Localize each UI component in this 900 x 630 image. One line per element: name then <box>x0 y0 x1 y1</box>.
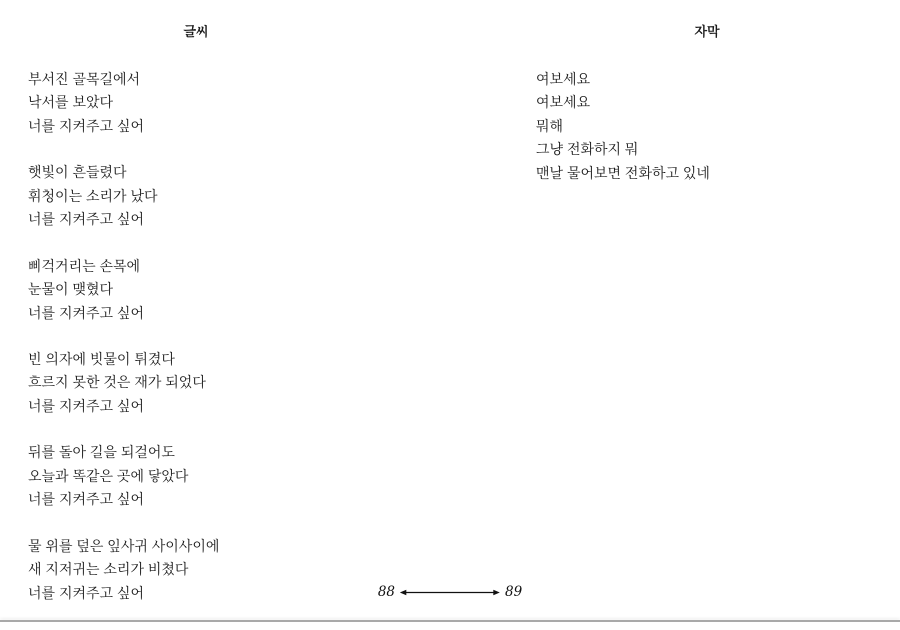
page-number-footer: 88 89 <box>378 584 522 600</box>
text-line: 그냥 전화하지 뭐 <box>536 138 710 161</box>
stanza: 물 위를 덮은 잎사귀 사이사이에새 지저귀는 소리가 비쳤다너를 지켜주고 싶… <box>28 535 219 605</box>
stanza: 빈 의자에 빗물이 튀겼다흐르지 못한 것은 재가 되었다너를 지켜주고 싶어 <box>28 348 219 418</box>
text-line: 너를 지켜주고 싶어 <box>28 395 219 418</box>
text-line: 너를 지켜주고 싶어 <box>28 302 219 325</box>
text-line: 새 지저귀는 소리가 비쳤다 <box>28 558 219 581</box>
text-line: 휘청이는 소리가 났다 <box>28 185 219 208</box>
text-line: 너를 지켜주고 싶어 <box>28 582 219 605</box>
page-header-right: 자막 <box>694 21 719 40</box>
text-line: 맨날 물어보면 전화하고 있네 <box>536 162 710 185</box>
stanza: 여보세요여보세요뭐해그냥 전화하지 뭐맨날 물어보면 전화하고 있네 <box>536 68 710 185</box>
stanza: 부서진 골목길에서낙서를 보았다너를 지켜주고 싶어 <box>28 68 219 138</box>
stanza: 삐걱거리는 손목에눈물이 맺혔다너를 지켜주고 싶어 <box>28 255 219 325</box>
text-line: 눈물이 맺혔다 <box>28 278 219 301</box>
stanza: 뒤를 돌아 길을 되걸어도오늘과 똑같은 곳에 닿았다너를 지켜주고 싶어 <box>28 441 219 511</box>
text-line: 너를 지켜주고 싶어 <box>28 208 219 231</box>
text-line: 오늘과 똑같은 곳에 닿았다 <box>28 465 219 488</box>
text-line: 낙서를 보았다 <box>28 91 219 114</box>
page-number-right: 89 <box>505 584 522 600</box>
text-line: 흐르지 못한 것은 재가 되었다 <box>28 371 219 394</box>
text-line: 뭐해 <box>536 115 710 138</box>
text-line: 물 위를 덮은 잎사귀 사이사이에 <box>28 535 219 558</box>
page-number-left: 88 <box>378 584 395 600</box>
text-line: 빈 의자에 빗물이 튀겼다 <box>28 348 219 371</box>
text-line: 여보세요 <box>536 91 710 114</box>
text-line: 부서진 골목길에서 <box>28 68 219 91</box>
subtitles-column-right: 여보세요여보세요뭐해그냥 전화하지 뭐맨날 물어보면 전화하고 있네 <box>536 68 710 208</box>
double-arrow-icon <box>400 588 500 597</box>
text-line: 너를 지켜주고 싶어 <box>28 115 219 138</box>
text-line: 삐걱거리는 손목에 <box>28 255 219 278</box>
text-line: 뒤를 돌아 길을 되걸어도 <box>28 441 219 464</box>
lyrics-column-left: 부서진 골목길에서낙서를 보았다너를 지켜주고 싶어햇빛이 흔들렸다휘청이는 소… <box>28 68 219 628</box>
stanza: 햇빛이 흔들렸다휘청이는 소리가 났다너를 지켜주고 싶어 <box>28 161 219 231</box>
text-line: 너를 지켜주고 싶어 <box>28 488 219 511</box>
text-line: 햇빛이 흔들렸다 <box>28 161 219 184</box>
page-bottom-rule <box>0 620 900 622</box>
text-line: 여보세요 <box>536 68 710 91</box>
page-header-left: 글씨 <box>183 21 208 40</box>
